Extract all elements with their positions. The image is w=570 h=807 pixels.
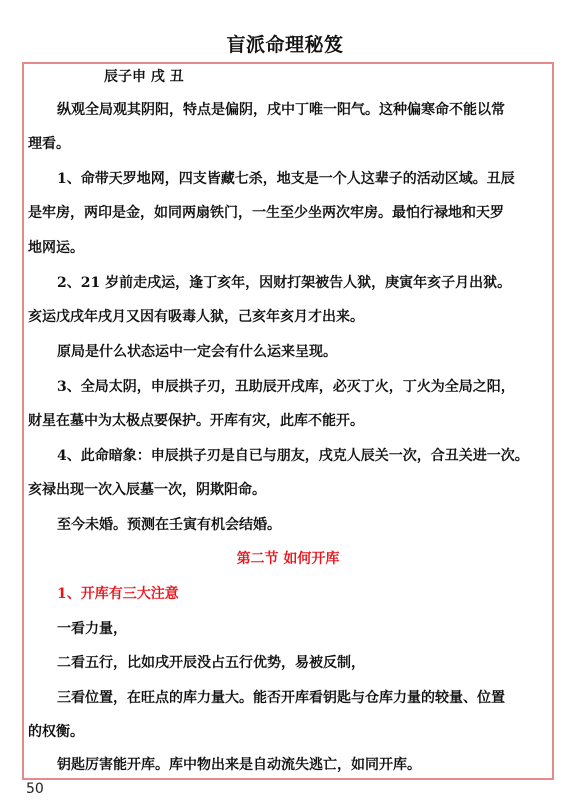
page-number: 50	[26, 781, 44, 797]
paragraph-line: 3、全局太阴，申辰拱子刃，丑助辰开戌库，必灭丁火，丁火为全局之阳，	[57, 378, 515, 396]
paragraph-line: 是牢房，两印是金，如同两扇铁门，一生至少坐两次牢房。最怕行禄地和天罗	[28, 204, 504, 222]
paragraph-line: 财星在墓中为太极点要保护。开库有灾，此库不能开。	[28, 412, 364, 430]
paragraph-line: 原局是什么状态运中一定会有什么运来呈现。	[57, 343, 337, 361]
paragraph-line: 钥匙厉害能开库。库中物出来是自动流失逃亡，如同开库。	[57, 756, 421, 774]
paragraph-line: 地网运。	[28, 239, 84, 257]
paragraph-line: 理看。	[28, 135, 70, 153]
paragraph-line: 1、命带天罗地网，四支皆藏七杀，地支是一个人这辈子的活动区域。丑辰	[57, 170, 515, 188]
paragraph-line: 的权衡。	[28, 723, 84, 741]
paragraph-line: 亥运戊戌年戌月又因有吸毒人狱，己亥年亥月才出来。	[28, 308, 364, 326]
paragraph-line: 2、21 岁前走戌运，逢丁亥年，因财打架被告人狱，庚寅年亥子月出狱。	[57, 274, 511, 292]
document-title: 盲派命理秘笈	[0, 30, 570, 57]
subsection-title: 1、开库有三大注意	[57, 585, 179, 603]
paragraph-line: 三看位置，在旺点的库力量大。能否开库看钥匙与仓库力量的较量、位置	[57, 689, 505, 707]
paragraph-line: 一看力量，	[57, 620, 127, 638]
paragraph-line: 亥禄出现一次入辰墓一次，阴欺阳命。	[28, 481, 266, 499]
paragraph-line: 二看五行，比如戌开辰没占五行优势，易被反制，	[57, 654, 365, 672]
bazi-chart-heading: 辰子申 戌 丑	[104, 68, 184, 86]
paragraph-line: 至今未婚。预测在壬寅有机会结婚。	[57, 516, 281, 534]
paragraph-line: 纵观全局观其阴阳，特点是偏阴，戌中丁唯一阳气。这种偏寒命不能以常	[57, 101, 505, 119]
paragraph-line: 4、此命暗象：申辰拱子刃是自已与朋友，戌克人辰关一次，合丑关进一次。	[57, 447, 529, 465]
content-frame: 辰子申 戌 丑 纵观全局观其阴阳，特点是偏阴，戌中丁唯一阳气。这种偏寒命不能以常…	[22, 62, 554, 780]
section-title: 第二节 如何开库	[24, 550, 552, 568]
